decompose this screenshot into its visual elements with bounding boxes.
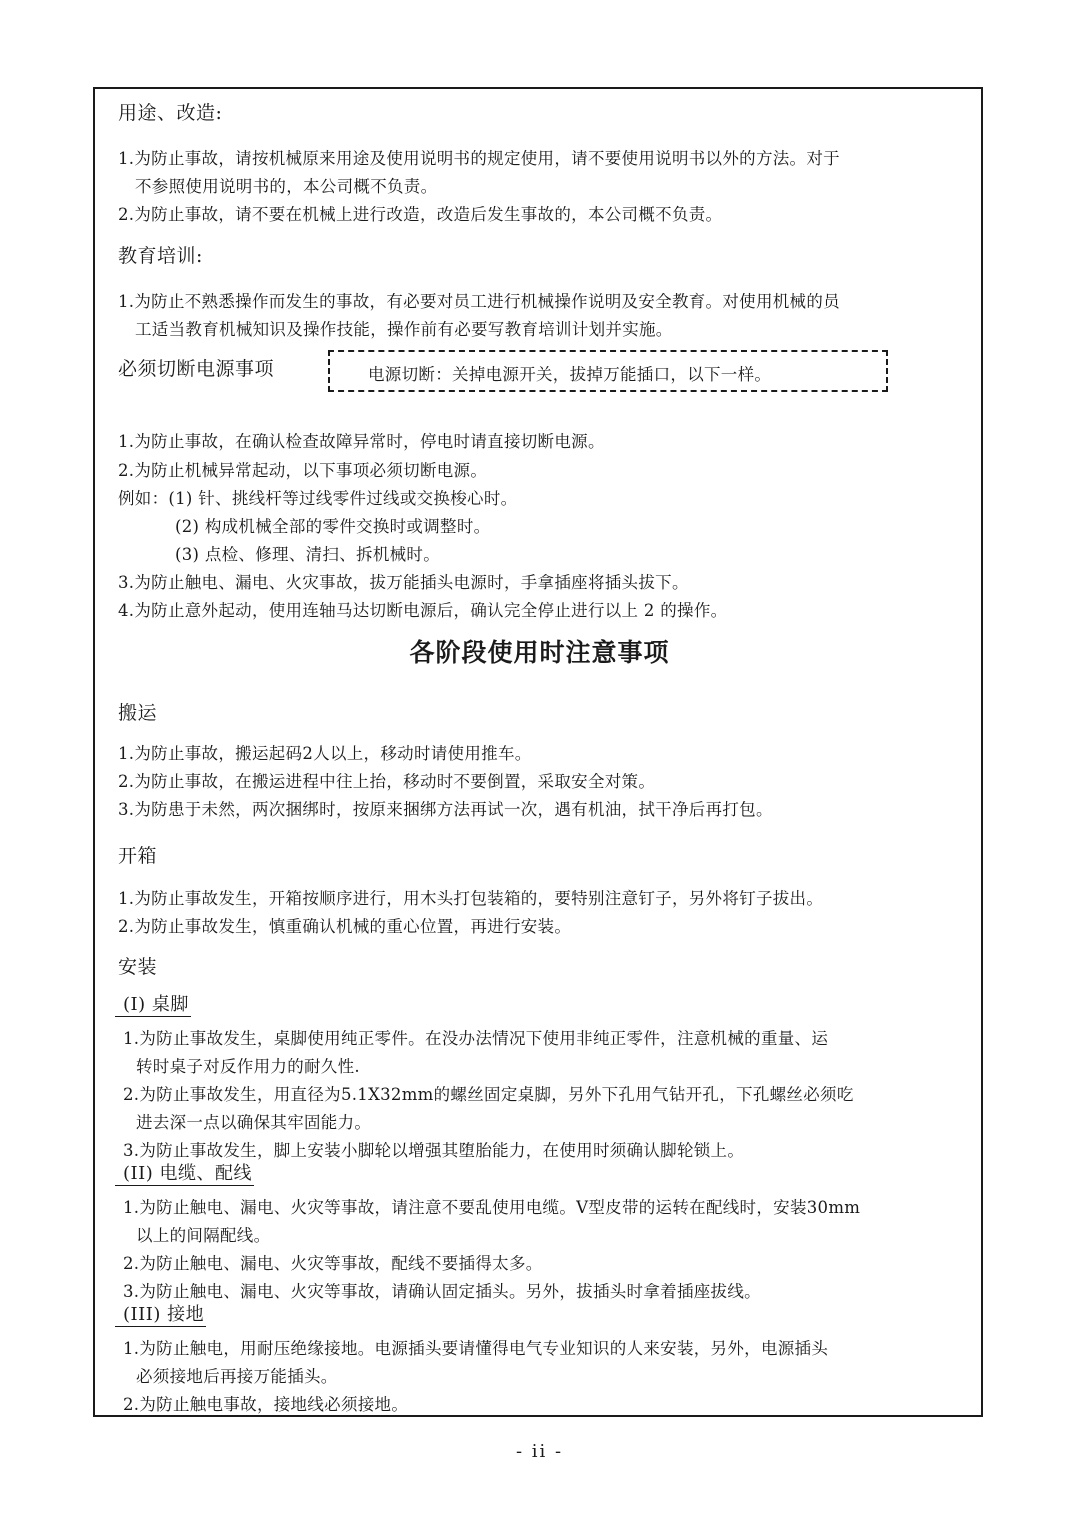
power-off-example: (2) 构成机械全部的零件交换时或调整时。 <box>175 513 490 537</box>
transport-line: 1.为防止事故，搬运起码2人以上，移动时请使用推车。 <box>118 740 532 764</box>
power-off-line: 4.为防止意外起动，使用连轴马达切断电源后，确认完全停止进行以上 2 的操作。 <box>118 597 727 621</box>
stage-title: 各阶段使用时注意事项 <box>0 633 1079 669</box>
training-line: 工适当教育机械知识及操作技能，操作前有必要写教育培训计划并实施。 <box>135 316 673 340</box>
usage-line: 不参照使用说明书的，本公司概不负责。 <box>135 173 437 197</box>
transport-line: 2.为防止事故，在搬运进程中往上抬，移动时不要倒置，采取安全对策。 <box>118 768 655 792</box>
usage-line: 2.为防止事故，请不要在机械上进行改造，改造后发生事故的，本公司概不负责。 <box>118 201 722 225</box>
table-legs-line: 2.为防止事故发生，用直径为5.1X32mm的螺丝固定桌脚，另外下孔用气钻开孔，… <box>123 1081 854 1105</box>
power-off-example: 例如：(1) 针、挑线杆等过线零件过线或交换梭心时。 <box>118 485 517 509</box>
table-legs-line: 进去深一点以确保其牢固能力。 <box>136 1109 371 1133</box>
cable-wiring-line: 3.为防止触电、漏电、火灾等事故，请确认固定插头。另外，拔插头时拿着插座拔线。 <box>123 1278 761 1302</box>
power-off-line: 2.为防止机械异常起动，以下事项必须切断电源。 <box>118 457 487 481</box>
power-off-note-box: 电源切断：关掉电源开关，拔掉万能插口，以下一样。 <box>328 350 888 392</box>
usage-line: 1.为防止事故，请按机械原来用途及使用说明书的规定使用，请不要使用说明书以外的方… <box>118 145 840 169</box>
power-off-note: 电源切断：关掉电源开关，拔掉万能插口，以下一样。 <box>368 361 771 385</box>
page-number: - ii - <box>0 1441 1079 1462</box>
table-legs-line: 3.为防止事故发生，脚上安装小脚轮以增强其堕胎能力，在使用时须确认脚轮锁上。 <box>123 1137 744 1161</box>
transport-line: 3.为防患于未然，两次捆绑时，按原来捆绑方法再试一次，遇有机油，拭干净后再打包。 <box>118 796 773 820</box>
unpacking-heading: 开箱 <box>118 841 157 868</box>
usage-heading: 用途、改造: <box>118 98 222 125</box>
power-off-heading: 必须切断电源事项 <box>118 354 274 381</box>
cable-wiring-line: 2.为防止触电、漏电、火灾等事故，配线不要插得太多。 <box>123 1250 543 1274</box>
table-legs-line: 转时桌子对反作用力的耐久性. <box>136 1053 360 1077</box>
cable-wiring-line: 以上的间隔配线。 <box>136 1222 270 1246</box>
transport-heading: 搬运 <box>118 698 157 725</box>
unpacking-line: 1.为防止事故发生，开箱按顺序进行，用木头打包装箱的，要特别注意钉子，另外将钉子… <box>118 885 823 909</box>
power-off-line: 1.为防止事故，在确认检查故障异常时，停电时请直接切断电源。 <box>118 428 605 452</box>
power-off-line: 3.为防止触电、漏电、火灾事故，拔万能插头电源时，手拿插座将插头拔下。 <box>118 569 689 593</box>
power-off-example: (3) 点检、修理、清扫、拆机械时。 <box>175 541 440 565</box>
subsection-cable-wiring: (II) 电缆、配线 <box>115 1163 254 1186</box>
unpacking-line: 2.为防止事故发生，慎重确认机械的重心位置，再进行安装。 <box>118 913 571 937</box>
training-line: 1.为防止不熟悉操作而发生的事故，有必要对员工进行机械操作说明及安全教育。对使用… <box>118 288 840 312</box>
cable-wiring-line: 1.为防止触电、漏电、火灾等事故，请注意不要乱使用电缆。V型皮带的运转在配线时，… <box>123 1194 860 1218</box>
grounding-line: 2.为防止触电事故，接地线必须接地。 <box>123 1391 408 1415</box>
grounding-line: 1.为防止触电，用耐压绝缘接地。电源插头要请懂得电气专业知识的人来安装，另外，电… <box>123 1335 828 1359</box>
table-legs-line: 1.为防止事故发生，桌脚使用纯正零件。在没办法情况下使用非纯正零件，注意机械的重… <box>123 1025 828 1049</box>
subsection-table-legs: (I) 桌脚 <box>115 994 191 1017</box>
installation-heading: 安装 <box>118 952 157 979</box>
grounding-line: 必须接地后再接万能插头。 <box>136 1363 338 1387</box>
subsection-grounding: (III) 接地 <box>115 1304 206 1327</box>
training-heading: 教育培训: <box>118 241 203 268</box>
